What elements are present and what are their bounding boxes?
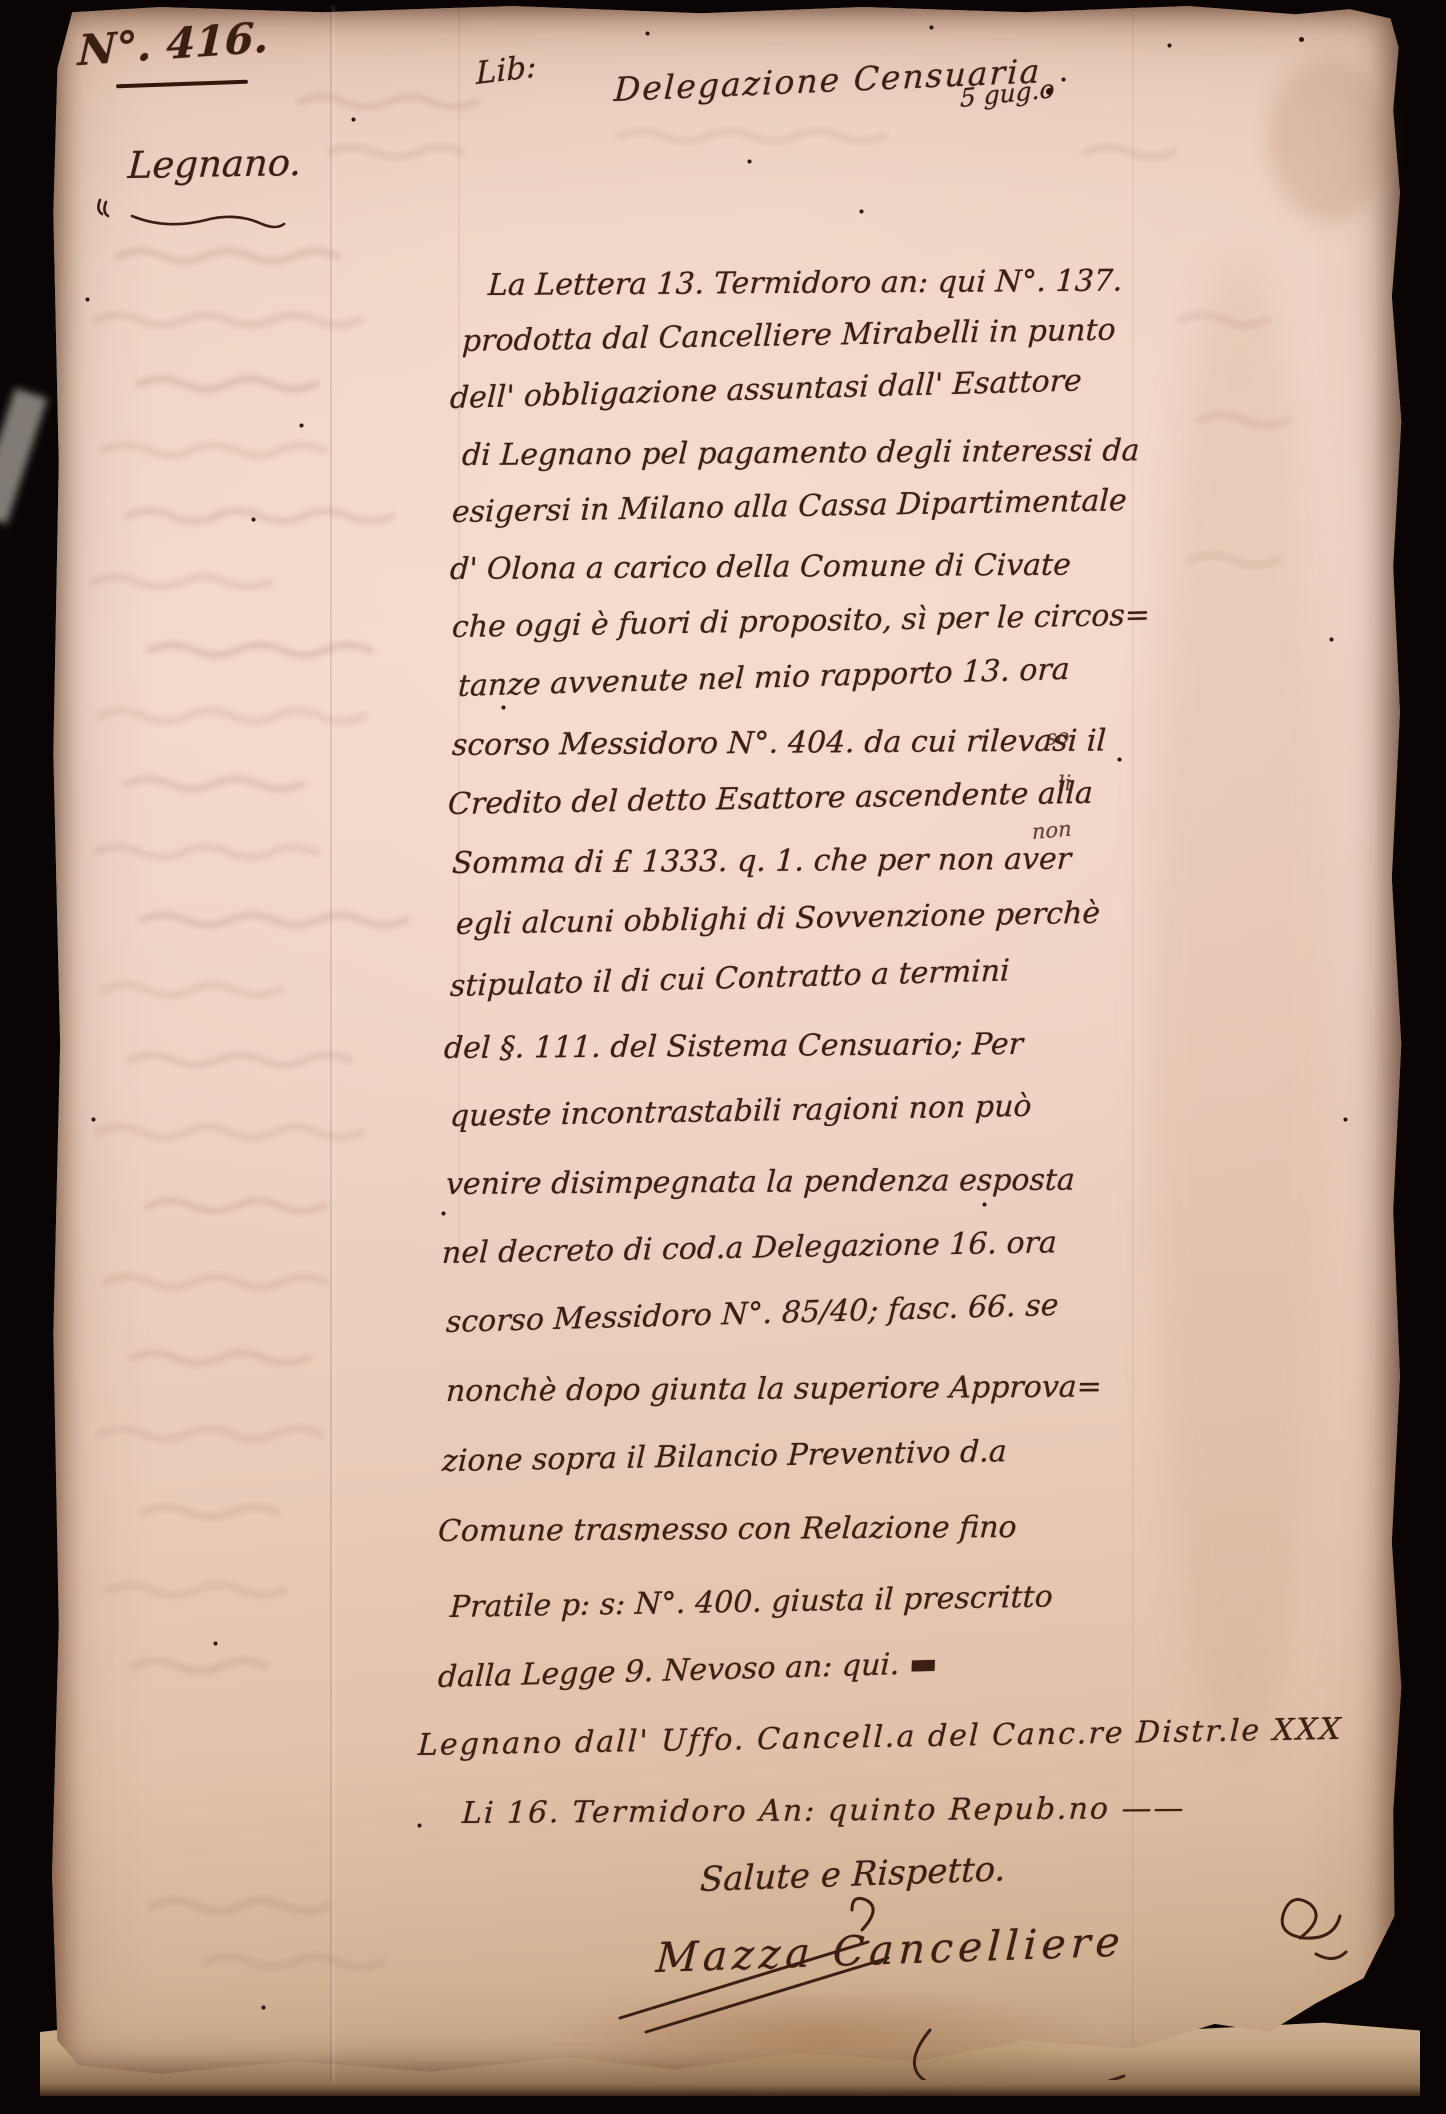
place-flourish [92, 192, 292, 234]
letter-line: scorso Messidoro N°. 404. da cui rilevas… [451, 723, 1107, 763]
paper-crack [0, 388, 48, 524]
register-mark: Lib: [476, 48, 537, 92]
letter-line: del §. 111. del Sistema Censuario; Per [443, 1027, 1024, 1066]
letter-line: d' Olona a carico della Comune di Civate [449, 548, 1071, 587]
vertical-fold-crease [330, 6, 332, 2082]
letter-line: Comune trasmesso con Relazione fino [437, 1510, 1017, 1549]
letter-line: di Legnano pel pagamento degli interessi… [461, 433, 1140, 473]
age-stain [1268, 58, 1390, 222]
margin-note: so [1046, 724, 1070, 750]
signature-flourish [600, 1880, 1380, 2080]
scanned-manuscript: N°. 416. Legnano. Lib: Delegazione Censu… [0, 0, 1446, 2114]
letter-line: venire disimpegnata la pendenza esposta [445, 1163, 1075, 1202]
age-stain [1150, 260, 1330, 1760]
letter-line: La Lettera 13. Termidoro an: qui N°. 137… [487, 264, 1123, 303]
letter-line: Somma di £ 1333. q. 1. che per non aver [451, 842, 1072, 881]
margin-note: li [1058, 771, 1072, 796]
closing-dateline: Li 16. Termidoro An: quinto Repub.no —— [461, 1791, 1186, 1831]
letter-line: nonchè dopo giunta la superiore Approva= [445, 1369, 1102, 1409]
place-name: Legnano. [127, 141, 302, 187]
ink-specks [0, 0, 3, 3]
margin-note: non [1032, 817, 1072, 845]
